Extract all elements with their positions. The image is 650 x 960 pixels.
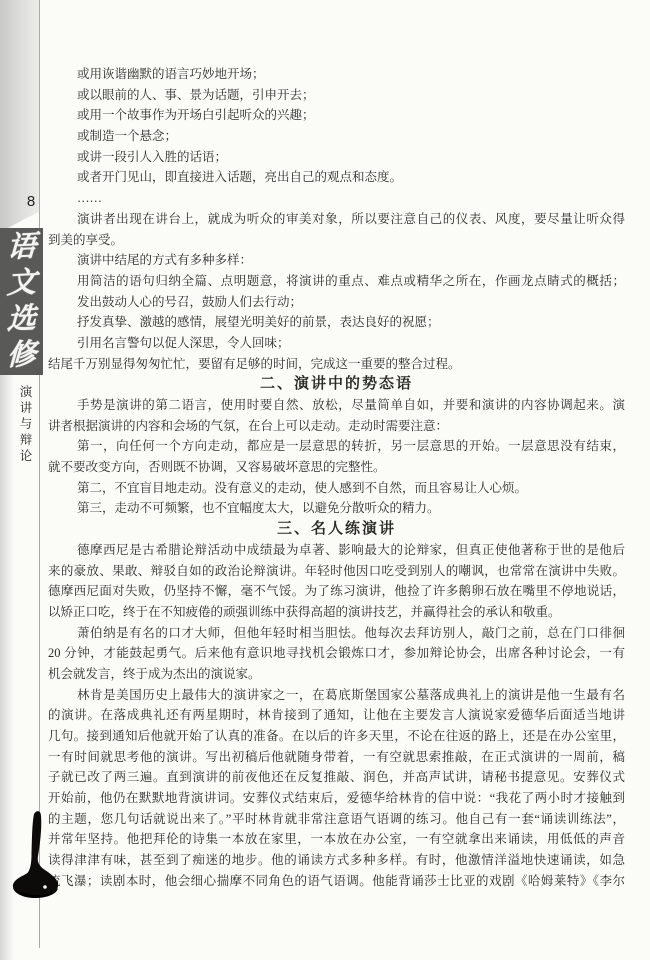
text-line: 读得津津有味，甚至到了痴迷的地步。他的诵读方式多种多样。有时，他激情洋溢地快速诵… bbox=[48, 850, 625, 871]
text-line: 第三，走动不可频繁，也不宜幅度太大，以避免分散听众的精力。 bbox=[48, 498, 625, 519]
text-line: 来的豪放、果敢、辩驳自如的政治论辩演讲。年轻时他因口吃受到别人的嘲讽，也常常在演… bbox=[48, 561, 625, 582]
text-line: 或用诙谐幽默的语言巧妙地开场； bbox=[48, 64, 625, 85]
text-line: 德摩西尼面对失败，仍坚持不懈，毫不气馁。为了练习演讲，他捡了许多鹅卵石放在嘴里不… bbox=[48, 581, 625, 602]
text-line: 或用一个故事作为开场白引起听众的兴趣； bbox=[48, 105, 625, 126]
brush-ink-mark-icon bbox=[8, 806, 68, 906]
series-title-block: 语文选修 bbox=[0, 228, 43, 375]
text-line: 子就已改了两三遍。直到演讲的前夜他还在反复推敲、润色，并高声试讲，请秘书提意见。… bbox=[48, 767, 625, 788]
book-title-char: 辩 bbox=[17, 432, 35, 448]
book-title-vertical: 演讲与辩论 bbox=[17, 384, 35, 464]
text-line: …… bbox=[48, 188, 625, 209]
text-line: 以矫正口吃，终于在不知疲倦的顽强训练中获得高超的演讲技艺，并赢得社会的承认和敬重… bbox=[48, 602, 625, 623]
page-number: 8 bbox=[23, 193, 39, 210]
section-heading: 二、演讲中的势态语 bbox=[48, 374, 625, 395]
text-line: 或以眼前的人、事、景为话题，引申开去； bbox=[48, 85, 625, 106]
series-calligraphy-char: 选 bbox=[6, 301, 43, 337]
scanned-textbook-page: { "page": { "number": "8" }, "sidebar": … bbox=[0, 0, 650, 960]
text-line: 到美的享受。 bbox=[48, 230, 625, 251]
text-line: 第一，向任何一个方向走动，都应是一层意思的转折，另一层意思的开始。一层意思没有结… bbox=[48, 436, 625, 457]
text-line: 机会就发言，终于成为杰出的演说家。 bbox=[48, 664, 625, 685]
text-line: 用简洁的语句归纳全篇、点明题意，将演讲的重点、难点或精华之所在，作画龙点睛式的概… bbox=[48, 271, 625, 292]
series-calligraphy-char: 文 bbox=[6, 265, 43, 301]
text-line: 的主题，您几句话就说出来了。”平时林肯就非常注意语气语调的练习。他自己有一套“诵… bbox=[48, 809, 625, 830]
text-line: 或者开门见山，即直接进入话题，亮出自己的观点和态度。 bbox=[48, 167, 625, 188]
text-line: 或制造一个悬念； bbox=[48, 126, 625, 147]
text-line: 抒发真挚、激越的感情，展望光明美好的前景，表达良好的祝愿； bbox=[48, 312, 625, 333]
text-line: 20 分钟，才能鼓起勇气。后来他有意识地寻找机会锻炼口才，参加辩论协会，出席各种… bbox=[48, 643, 625, 664]
text-line: 萧伯纳是有名的口才大师，但他年轻时相当胆怯。他每次去拜访别人，敲门之前，总在门口… bbox=[48, 623, 625, 644]
book-title-char: 论 bbox=[17, 448, 35, 464]
text-line: 德摩西尼是古希腊论辩活动中成绩最为卓著、影响最大的论辩家，但真正使他著称于世的是… bbox=[48, 540, 625, 561]
text-line: 流飞瀑；读剧本时，他会细心揣摩不同角色的语气语调。他能背诵莎士比亚的戏剧《哈姆莱… bbox=[48, 871, 625, 892]
text-line: 演讲中结尾的方式有多种多样： bbox=[48, 250, 625, 271]
page-text-column: 或用诙谐幽默的语言巧妙地开场；或以眼前的人、事、景为话题，引申开去；或用一个故事… bbox=[48, 64, 625, 892]
text-line: 就不要改变方向，否则既不协调，又容易破坏意思的完整性。 bbox=[48, 457, 625, 478]
text-line: 发出鼓动人心的号召，鼓励人们去行动； bbox=[48, 292, 625, 313]
text-line: 并常年坚持。他把拜伦的诗集一本放在家里，一本放在办公室，一有空就拿出来诵读，用低… bbox=[48, 829, 625, 850]
text-line: 引用名言警句以促人深思，令人回味； bbox=[48, 333, 625, 354]
book-title-char: 与 bbox=[17, 416, 35, 432]
series-calligraphy-char: 修 bbox=[6, 337, 43, 373]
text-line: 几句。接到通知后他就开始了认真的准备。在以后的许多天里，不论在往返的路上，还是在… bbox=[48, 726, 625, 747]
text-line: 的演讲。在落成典礼还有两星期时，林肯接到了通知，让他在主要发言人演说家爱德华后面… bbox=[48, 705, 625, 726]
text-line: 讲者根据演讲的内容和会场的气氛，在台上可以走动。走动时需要注意： bbox=[48, 416, 625, 437]
series-calligraphy-char: 语 bbox=[6, 229, 43, 265]
text-line: 手势是演讲的第二语言，使用时要自然、放松，尽量简单自如，并要和演讲的内容协调起来… bbox=[48, 395, 625, 416]
book-title-char: 演 bbox=[17, 384, 35, 400]
text-line: 演讲者出现在讲台上，就成为听众的审美对象，所以要注意自己的仪表、风度，要尽量让听… bbox=[48, 209, 625, 230]
book-title-char: 讲 bbox=[17, 400, 35, 416]
section-heading: 三、名人练演讲 bbox=[48, 519, 625, 540]
text-line: 或讲一段引人入胜的话语； bbox=[48, 147, 625, 168]
text-line: 第二，不宜盲目地走动。没有意义的走动，使人感到不自然，而且容易让人心烦。 bbox=[48, 478, 625, 499]
text-line: 结尾千万别显得匆匆忙忙，要留有足够的时间，完成这一重要的整合过程。 bbox=[48, 354, 625, 375]
text-line: 一有时间就思考他的演讲。写出初稿后他就随身带着，一有空就思索推敲，在正式演讲的一… bbox=[48, 747, 625, 768]
text-line: 林肯是美国历史上最伟大的演讲家之一，在葛底斯堡国家公墓落成典礼上的演讲是他一生最… bbox=[48, 685, 625, 706]
text-line: 开始前，他仍在默默地背演讲词。安葬仪式结束后，爱德华给林肯的信中说：“我花了两小… bbox=[48, 788, 625, 809]
